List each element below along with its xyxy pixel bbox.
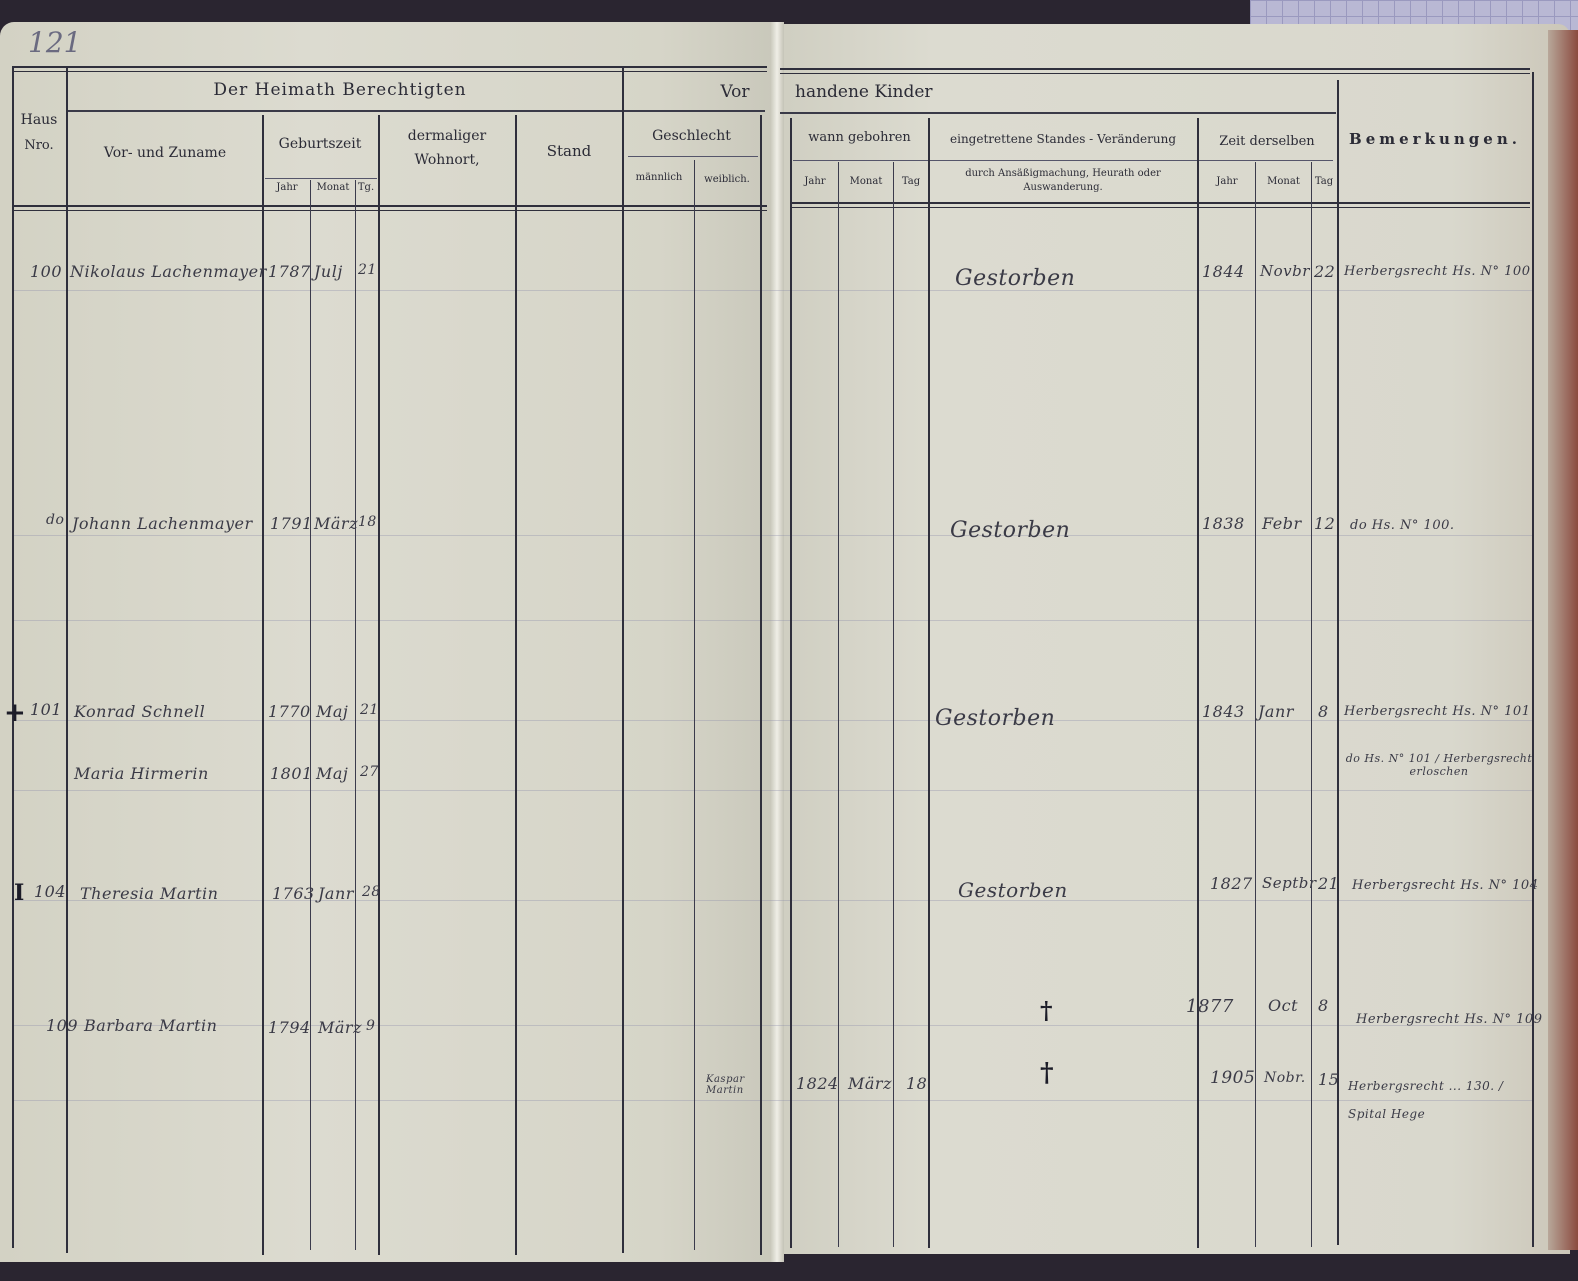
col-standes-sub-1: durch Ansäßigmachung, Heurath oder (930, 168, 1196, 179)
entry-change-month: Septbr (1262, 874, 1317, 892)
table-top-border (780, 68, 1530, 74)
entry-birth-day: 21 (358, 262, 377, 278)
col-zeit-monat: Monat (1256, 176, 1311, 187)
entry-change: Gestorben (950, 518, 1070, 543)
ruling-line (14, 1025, 1534, 1026)
entry-birth-year: 1801 (270, 764, 313, 783)
entry-change-day: 8 (1318, 996, 1329, 1015)
column-line (262, 115, 264, 1255)
col-zeit-tag: Tag (1312, 176, 1336, 187)
entry-change-year: 1838 (1202, 514, 1245, 533)
entry-change-month: Febr (1262, 514, 1302, 533)
entry-birth-year: 1791 (270, 514, 313, 533)
death-cross-icon: † (1040, 996, 1053, 1025)
col-wann-gebohren: wann gebohren (792, 130, 927, 145)
entry-name: Maria Hirmerin (74, 764, 209, 783)
entry-birth-month: Julj (314, 262, 343, 281)
col-haus: Haus (14, 112, 64, 128)
entry-change-year: 1843 (1202, 702, 1245, 721)
entry-change-year: 1827 (1210, 874, 1253, 893)
col-kind-jahr: Jahr (792, 176, 838, 187)
entry-change-month: Novbr (1260, 262, 1310, 280)
cross-marker: I (14, 880, 24, 906)
page-number: 121 (28, 26, 81, 59)
entry-change-year: 1877 (1186, 996, 1234, 1017)
entry-change-year: 1905 (1210, 1068, 1255, 1088)
entry-change-day: 21 (1318, 874, 1339, 893)
entry-name: Theresia Martin (80, 884, 218, 903)
col-kind-tag: Tag (894, 176, 928, 187)
entry-haus: 104 (34, 882, 66, 901)
cross-marker: + (4, 698, 26, 728)
banner-left: Der Heimath Berechtigten (200, 80, 480, 100)
col-stand: Stand (517, 142, 621, 160)
entry-change-day: 15 (1318, 1070, 1339, 1089)
col-maennlich: männlich (624, 172, 694, 183)
entry-birth-month: März (314, 514, 358, 533)
column-line (515, 115, 517, 1255)
entry-change-day: 12 (1314, 514, 1335, 533)
entry-name: Nikolaus Lachenmayer (70, 262, 267, 281)
entry-birth-year: 1787 (268, 262, 311, 281)
entry-name: Konrad Schnell (74, 702, 205, 721)
column-line (12, 68, 14, 1248)
col-geb-jahr: Jahr (264, 182, 310, 193)
entry-change: Gestorben (958, 878, 1068, 902)
col-weiblich: weiblich. (695, 174, 759, 185)
entry-child-month: März (848, 1074, 892, 1093)
col-geschlecht: Geschlecht (624, 128, 759, 144)
col-bemerkungen: Bemerkungen. (1340, 130, 1530, 148)
col-zeit-jahr: Jahr (1199, 176, 1255, 187)
col-zeit-derselben: Zeit derselben (1199, 134, 1335, 149)
column-line (1311, 162, 1312, 1247)
col-standes-veraenderung: eingetrettene Standes - Veränderung (930, 132, 1196, 146)
entry-change-day: 8 (1318, 702, 1329, 721)
ruling-line (14, 620, 1534, 621)
entry-name: Johann Lachenmayer (72, 514, 253, 533)
ruling-line (14, 535, 1534, 536)
entry-haus: 101 (30, 700, 62, 719)
entry-birth-month: Maj (316, 764, 348, 783)
col-geb-tag: Tg. (356, 182, 376, 193)
entry-remark: do Hs. N° 101 / Herbergsrecht erloschen (1344, 752, 1534, 778)
entry-change: Gestorben (955, 266, 1075, 291)
col-wohnort-1: dermaliger (380, 128, 514, 144)
col-geb-monat: Monat (311, 182, 355, 193)
entry-change: Gestorben (935, 706, 1055, 731)
col-kind-monat: Monat (839, 176, 893, 187)
column-line (1197, 118, 1199, 1248)
ruling-line (14, 790, 1534, 791)
book-gutter (770, 22, 784, 1262)
banner-left-tail: Vor (710, 82, 760, 102)
entry-birth-month: Janr (318, 884, 354, 903)
entry-child-name: Kaspar Martin (706, 1074, 766, 1096)
ruling-line (14, 1100, 1534, 1101)
entry-change-year: 1844 (1202, 262, 1245, 281)
entry-child-year: 1824 (796, 1074, 839, 1093)
entry-birth-day: 27 (360, 764, 379, 780)
entry-birth-month: März (318, 1018, 362, 1037)
entry-birth-year: 1763 (272, 884, 315, 903)
entry-child-day: 18 (906, 1074, 927, 1093)
column-line (694, 160, 695, 1250)
book-edge (1548, 30, 1578, 1250)
entry-remark: Herbergsrecht Hs. N° 104 (1352, 878, 1538, 893)
column-line (622, 68, 624, 1253)
column-line (928, 118, 930, 1248)
subheader-line (628, 156, 758, 157)
ruling-line (14, 900, 1534, 901)
entry-haus: 109 (46, 1016, 78, 1035)
col-wohnort-2: Wohnort, (380, 152, 514, 168)
entry-remark: Herbergsrecht ... 130. / Spital Hege (1348, 1072, 1528, 1128)
entry-name: Barbara Martin (84, 1016, 217, 1035)
entry-remark: do Hs. N° 100. (1350, 518, 1455, 533)
col-standes-sub-2: Auswanderung. (930, 182, 1196, 193)
entry-birth-day: 9 (366, 1018, 375, 1034)
col-geburtszeit: Geburtszeit (264, 136, 376, 152)
entry-haus: 100 (30, 262, 62, 281)
entry-birth-day: 18 (358, 514, 377, 530)
right-page (775, 24, 1570, 1254)
entry-birth-month: Maj (316, 702, 348, 721)
entry-change-day: 22 (1314, 262, 1335, 281)
entry-remark: Herbergsrecht Hs. N° 101 (1344, 704, 1530, 719)
entry-remark: Herbergsrecht Hs. N° 100 (1344, 264, 1530, 279)
entry-birth-year: 1794 (268, 1018, 311, 1037)
banner-right: handene Kinder (795, 82, 945, 102)
entry-birth-year: 1770 (268, 702, 311, 721)
entry-birth-day: 28 (362, 884, 381, 900)
entry-haus: do (46, 512, 64, 528)
col-nro: Nro. (14, 138, 64, 153)
column-line (893, 162, 894, 1247)
entry-change-month: Janr (1258, 702, 1294, 721)
table-top-border (12, 66, 767, 72)
column-line (378, 115, 380, 1255)
entry-birth-day: 21 (360, 702, 379, 718)
banner-divider (780, 112, 1336, 114)
header-bottom-border (12, 205, 767, 211)
header-bottom-border (790, 202, 1530, 208)
column-line (790, 118, 792, 1248)
column-line (66, 68, 68, 1253)
entry-change-month: Oct (1268, 996, 1298, 1015)
entry-remark: Herbergsrecht Hs. N° 109 (1356, 1012, 1542, 1027)
subheader-line (793, 160, 1333, 161)
subheader-line (265, 178, 377, 179)
column-line (355, 180, 356, 1250)
column-line (1532, 72, 1534, 1247)
ruling-line (14, 720, 1534, 721)
death-cross-icon: † (1040, 1058, 1054, 1088)
banner-divider (68, 110, 765, 112)
col-name: Vor- und Zuname (70, 145, 260, 161)
ruling-line (14, 290, 1534, 291)
entry-change-month: Nobr. (1264, 1070, 1306, 1086)
